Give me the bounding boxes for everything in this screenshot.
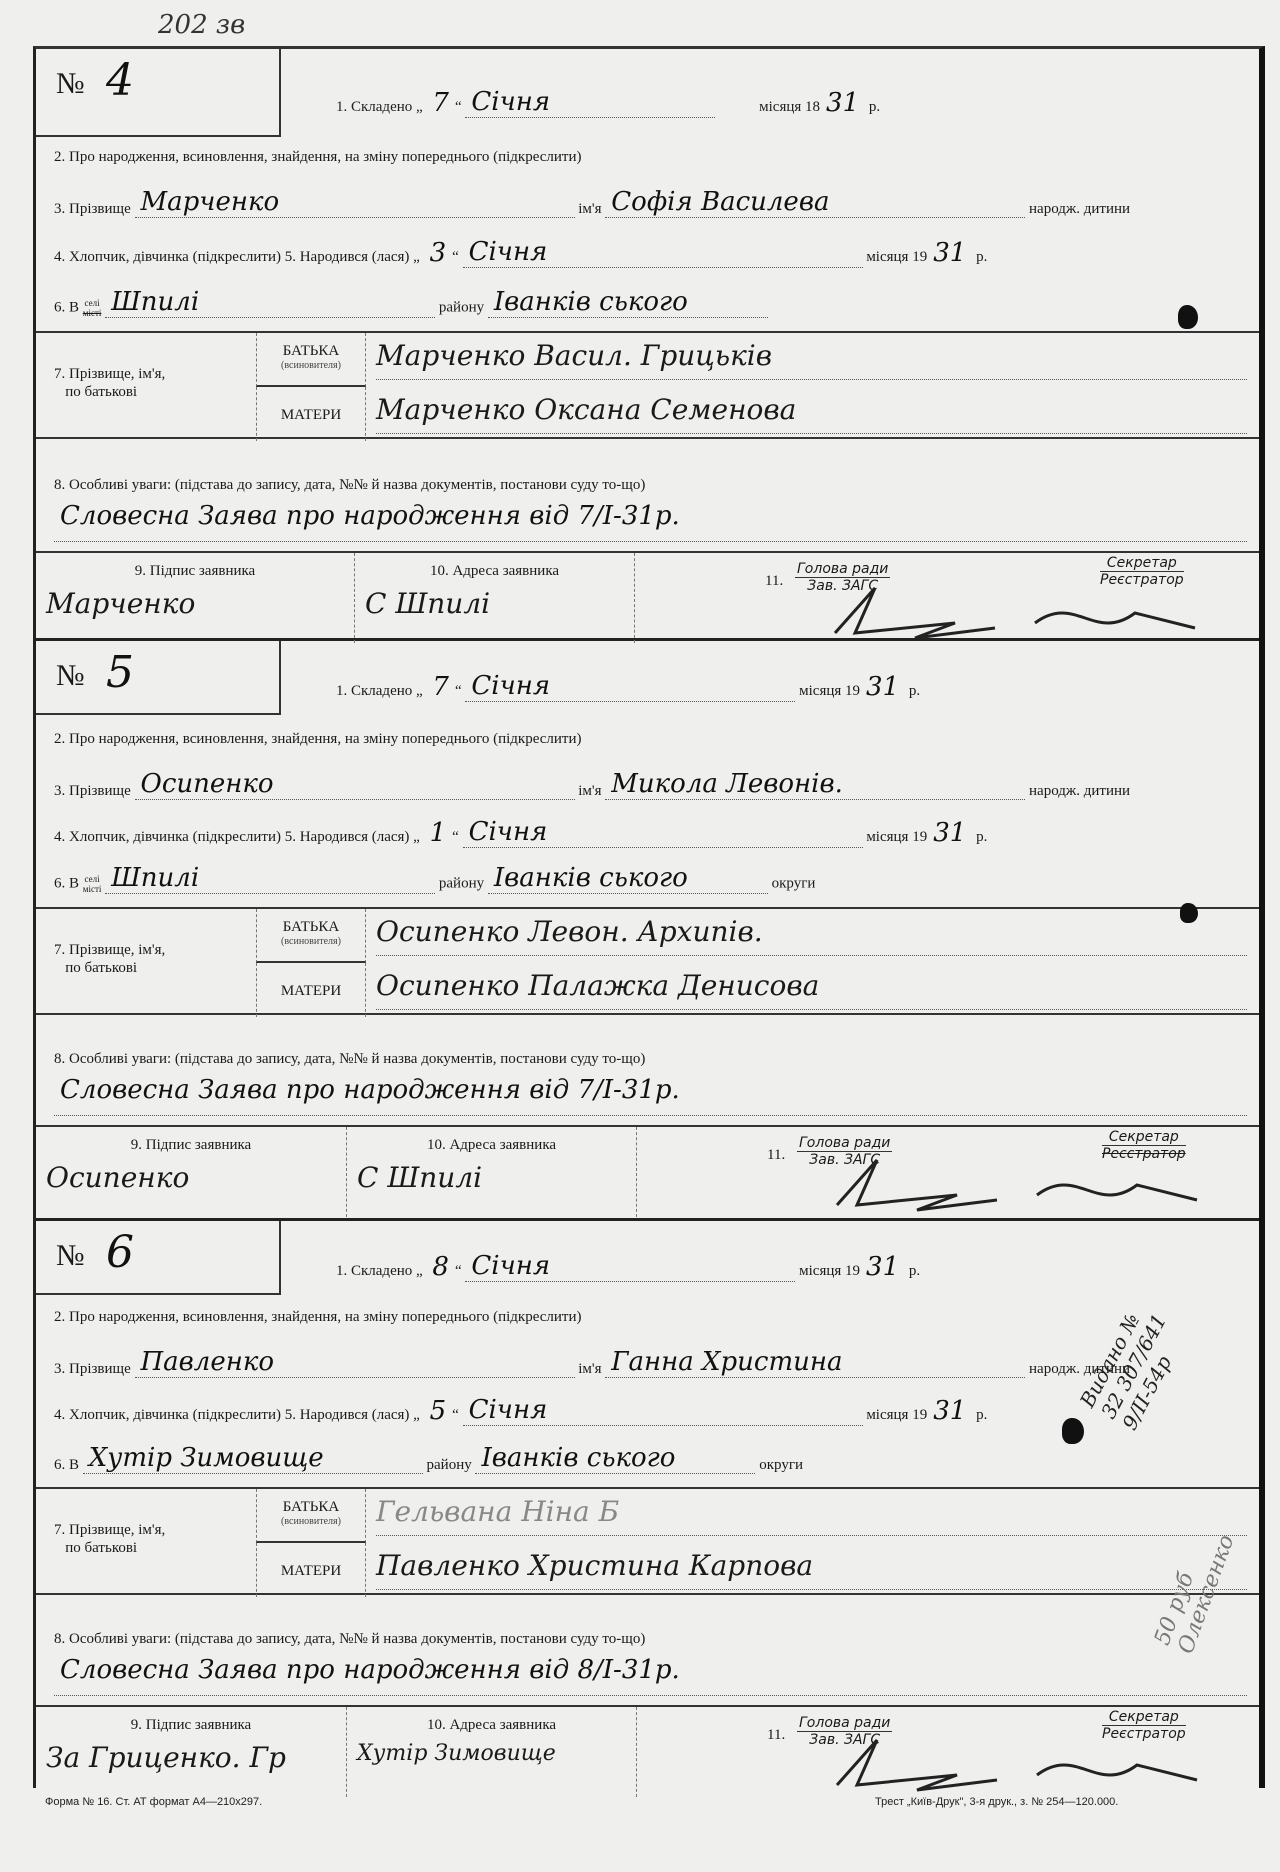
ink-blot (1062, 1418, 1084, 1444)
place-line: 6. В Хутір Зимовище району Іванків ськог… (54, 1443, 1247, 1474)
sex-birth-line: 4. Хлопчик, дівчинка (підкреслити) 5. На… (54, 817, 1247, 848)
district-value: Іванків ського (475, 1443, 681, 1473)
surname-value: Осипенко (135, 769, 280, 799)
surname-label: 3. Прізвище (54, 201, 131, 217)
record-number-box: № 5 (36, 641, 281, 715)
ink-blot (1180, 903, 1198, 923)
number-sign: № (56, 659, 85, 693)
record-6: № 6 1. Складено „ 8“ Січня місяця 1931 р… (36, 1221, 1259, 1791)
birth-year: 31 (927, 818, 972, 848)
surname-line: 3. Прізвище Павленко ім'я Ганна Христина… (54, 1347, 1247, 1378)
signature-row: 9. Підпис заявникаЗа Гриценко. Гр 10. Ад… (36, 1705, 1259, 1797)
year-suffix: р. (869, 99, 880, 115)
official-signatures (817, 1735, 1217, 1795)
applicant-signature: Марченко (46, 587, 195, 620)
village-label: селі (85, 298, 100, 308)
record-4: № 4 1. Складено „ 7“ Січня місяця 1831 р… (36, 49, 1259, 641)
sex-birth-line: 4. Хлопчик, дівчинка (підкреслити) 5. На… (54, 237, 1247, 268)
child-suffix: народж. дитини (1029, 201, 1130, 217)
father-name: Гельвана Ніна Б (376, 1495, 1247, 1536)
name-label: ім'я (578, 201, 601, 217)
first-name-value: Микола Левонів. (605, 769, 849, 799)
notes-value: Словесна Заява про народження від 7/І-31… (54, 1075, 686, 1105)
compiled-date-line: 1. Складено „ 7“ Січня місяця 1831 р. (336, 87, 1247, 118)
ink-blot (1178, 305, 1198, 329)
father-name: Осипенко Левон. Архипів. (376, 915, 1247, 956)
birth-year: 31 (927, 238, 972, 268)
notes-value-line: Словесна Заява про народження від 7/І-31… (54, 501, 1247, 542)
birth-day: 1 (424, 818, 453, 848)
birth-day: 5 (424, 1396, 453, 1426)
signature-row: 9. Підпис заявникаМарченко 10. Адреса за… (36, 551, 1259, 643)
event-type-line: 2. Про народження, всиновлення, знайденн… (54, 1309, 1247, 1326)
parents-block: 7. Прізвище, ім'я, по батькові БАТЬКА(вс… (36, 1487, 1259, 1595)
footer-form-number: Форма № 16. Ст. АТ формат А4—210х297. (45, 1796, 262, 1808)
mother-name: Павленко Христина Карпова (376, 1549, 1247, 1590)
month-label: місяця (759, 99, 801, 115)
birth-year-prefix: 19 (912, 249, 927, 265)
notes-value-line: Словесна Заява про народження від 7/І-31… (54, 1075, 1247, 1116)
applicant-address: Хутір Зимовище (357, 1741, 556, 1766)
mother-label: МАТЕРИ (256, 387, 366, 441)
compiled-date-line: 1. Складено „ 7“ Січня місяця 1931 р. (336, 671, 1247, 702)
mother-name: Марченко Оксана Семенова (376, 393, 1247, 434)
notes-label-line: 8. Особливі уваги: (підстава до запису, … (54, 1631, 1247, 1648)
compiled-year: 31 (860, 672, 905, 702)
applicant-signature: За Гриценко. Гр (46, 1741, 286, 1774)
compiled-year: 31 (860, 1252, 905, 1282)
applicant-address-cell: 10. Адреса заявникаС Шпилі (354, 553, 634, 643)
register-form: № 4 1. Складено „ 7“ Січня місяця 1831 р… (33, 46, 1265, 1788)
compiled-year: 31 (820, 88, 865, 118)
applicant-signature-cell: 9. Підпис заявникаМарченко (36, 553, 354, 643)
place-line: 6. В селімісті Шпилі району Іванків сько… (54, 863, 1247, 894)
compiled-month: Січня (465, 671, 556, 701)
parents-label: 7. Прізвище, ім'я, по батькові (54, 365, 165, 401)
signature-row: 9. Підпис заявникаОсипенко 10. Адреса за… (36, 1125, 1259, 1217)
compiled-day: 7 (426, 672, 455, 702)
official-signatures (815, 583, 1215, 643)
number-sign: № (56, 67, 85, 101)
official-signatures (817, 1155, 1217, 1215)
event-type-line: 2. Про народження, всиновлення, знайденн… (54, 149, 1247, 166)
surname-line: 3. Прізвище Марченко ім'я Софія Василева… (54, 187, 1247, 218)
notes-label-line: 8. Особливі уваги: (підстава до запису, … (54, 1051, 1247, 1068)
compiled-day: 8 (426, 1252, 455, 1282)
record-number: 6 (106, 1227, 134, 1278)
birth-month: Січня (463, 237, 554, 267)
notes-value: Словесна Заява про народження від 7/І-31… (54, 501, 686, 531)
event-type-label: 2. Про народження, всиновлення, знайденн… (54, 149, 582, 165)
record-number-box: № 4 (36, 49, 281, 137)
first-name-value: Софія Василева (605, 187, 835, 217)
surname-value: Павленко (135, 1347, 281, 1377)
district-label: району (439, 299, 484, 315)
birth-year: 31 (927, 1396, 972, 1426)
officials-cell: 11. Голова радиЗав. ЗАГС СекретарРеєстра… (634, 553, 1254, 643)
compiled-label: 1. Складено „ (336, 99, 423, 115)
town-label: місті (83, 308, 102, 318)
month-label: місяця (866, 249, 908, 265)
record-number: 4 (106, 55, 134, 106)
place-value: Хутір Зимовище (83, 1443, 330, 1473)
surname-value: Марченко (135, 187, 286, 217)
event-type-line: 2. Про народження, всиновлення, знайденн… (54, 731, 1247, 748)
notes-label-line: 8. Особливі уваги: (підстава до запису, … (54, 477, 1247, 494)
compiled-month: Січня (465, 87, 556, 117)
applicant-signature: Осипенко (46, 1161, 189, 1194)
notes-value: Словесна Заява про народження від 8/І-31… (54, 1655, 686, 1685)
place-value: Шпилі (105, 863, 205, 893)
year-suffix: р. (976, 249, 987, 265)
record-5: № 5 1. Складено „ 7“ Січня місяця 1931 р… (36, 641, 1259, 1221)
surname-line: 3. Прізвище Осипенко ім'я Микола Левонів… (54, 769, 1247, 800)
compiled-day: 7 (426, 88, 455, 118)
district-value: Іванків ського (488, 863, 694, 893)
record-number: 5 (106, 647, 134, 698)
archive-page-number: 202 зв (158, 10, 245, 40)
place-value: Шпилі (105, 287, 205, 317)
notes-value-line: Словесна Заява про народження від 8/І-31… (54, 1655, 1247, 1696)
father-label: БАТЬКА(всиновителя) (256, 1489, 366, 1543)
birth-month: Січня (463, 817, 554, 847)
parents-block: 7. Прізвище, ім'я, по батькові БАТЬКА(вс… (36, 331, 1259, 439)
sex-birth-label: 4. Хлопчик, дівчинка (підкреслити) 5. На… (54, 249, 420, 265)
birth-month: Січня (463, 1395, 554, 1425)
applicant-address: С Шпилі (365, 587, 490, 620)
record-number-box: № 6 (36, 1221, 281, 1295)
applicant-address: С Шпилі (357, 1161, 482, 1194)
mother-label: МАТЕРИ (256, 1543, 366, 1597)
birth-day: 3 (424, 238, 453, 268)
first-name-value: Ганна Христина (605, 1347, 848, 1377)
father-name: Марченко Васил. Грицьків (376, 339, 1247, 380)
place-label: 6. В (54, 299, 79, 315)
compiled-month: Січня (465, 1251, 556, 1281)
compiled-date-line: 1. Складено „ 8“ Січня місяця 1931 р. (336, 1251, 1247, 1282)
place-line: 6. В селімісті Шпилі району Іванків сько… (54, 287, 1247, 318)
mother-name: Осипенко Палажка Денисова (376, 969, 1247, 1010)
mother-label: МАТЕРИ (256, 963, 366, 1017)
compiled-year-prefix: 18 (805, 99, 820, 115)
father-label: БАТЬКА(всиновителя) (256, 333, 366, 387)
father-label: БАТЬКА(всиновителя) (256, 909, 366, 963)
district-value: Іванків ського (488, 287, 694, 317)
footer-printer: Трест „Київ-Друк", 3-я друк., з. № 254—1… (875, 1796, 1118, 1808)
parents-block: 7. Прізвище, ім'я, по батькові БАТЬКА(вс… (36, 907, 1259, 1015)
